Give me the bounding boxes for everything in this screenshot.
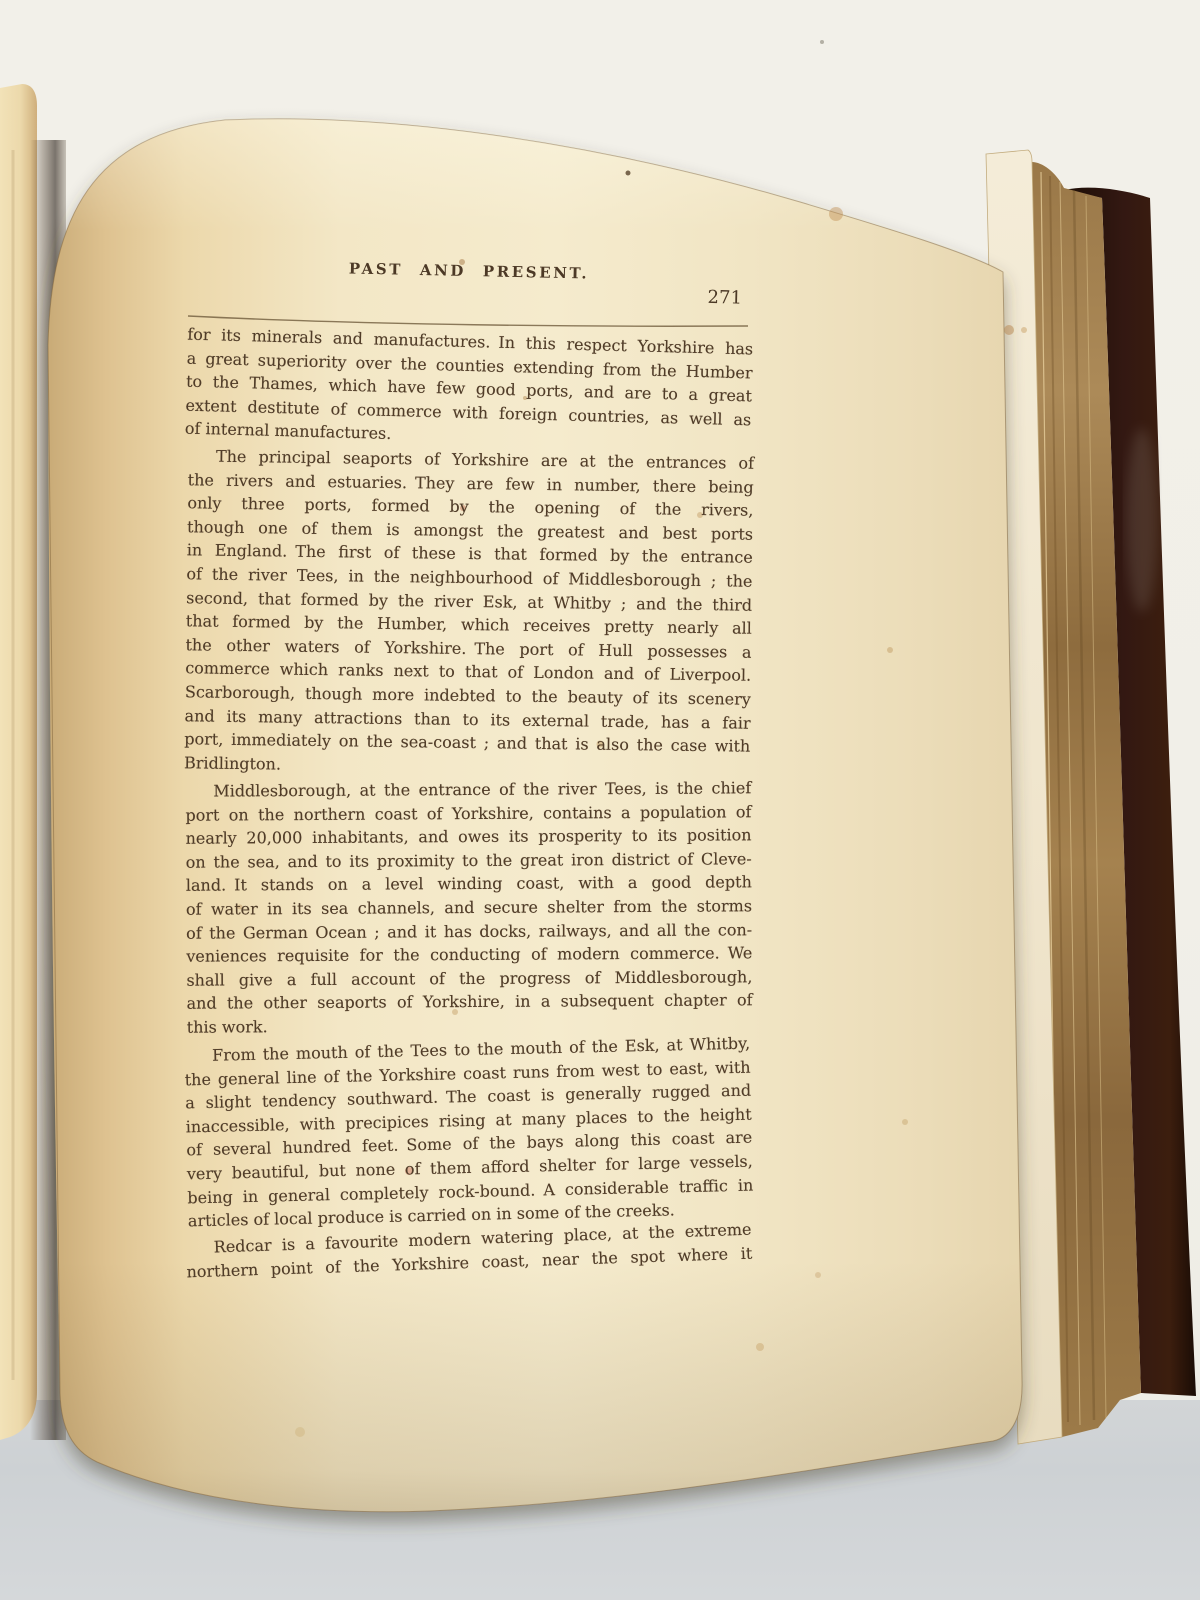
text-line: veniences requisite for the conducting o… <box>186 942 752 969</box>
text-block: for its minerals and manufactures. In th… <box>186 330 752 1274</box>
text-line: nearly 20,000 inhabitants, and owes its … <box>186 824 752 851</box>
text-line: Middlesborough, at the entrance of the r… <box>185 777 751 804</box>
book-photo: PAST AND PRESENT. 271 for its minerals a… <box>0 0 1200 1600</box>
paragraph: The principal seaports of Yorkshire are … <box>184 444 754 782</box>
paragraph: From the mouth of the Tees to the mouth … <box>184 1031 754 1233</box>
text-line: and the other seaports of Yorkshire, in … <box>187 989 753 1016</box>
paragraph: for its minerals and manufactures. In th… <box>185 323 754 456</box>
paragraph: Middlesborough, at the entrance of the r… <box>185 777 753 1040</box>
text-line: of water in its sea channels, and secure… <box>186 895 752 922</box>
